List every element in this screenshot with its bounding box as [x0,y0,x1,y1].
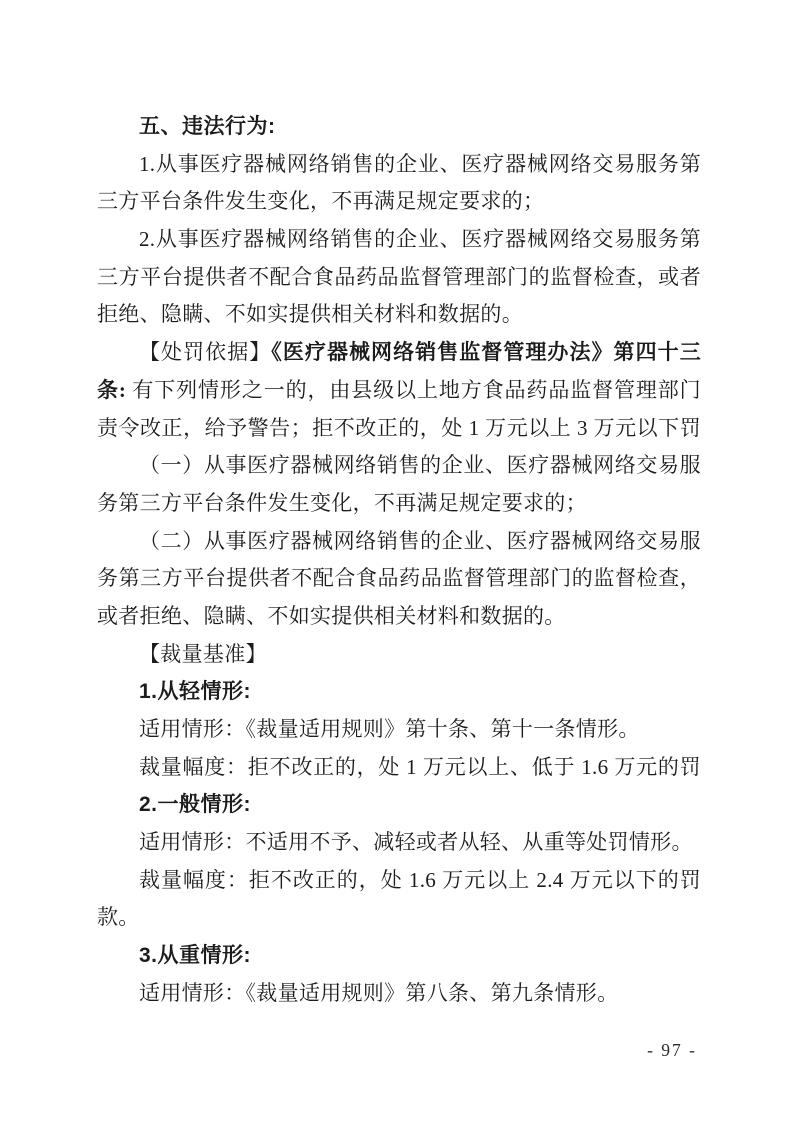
text-line: （二）从事医疗器械网络销售的企业、医疗器械网络交易服 [97,523,701,561]
page-number: - 97 - [647,1040,697,1061]
heading-run: 3.从重情形: [139,944,251,967]
text-run: 责令改正，给予警告；拒不改正的，处 1 万元以上 3 万元以下罚款: [97,416,701,448]
text-run: 三方平台条件发生变化，不再满足规定要求的； [97,189,544,213]
text-line: 或者拒绝、隐瞒、不如实提供相关材料和数据的。 [97,598,701,636]
text-line: 3.从重情形: [97,937,701,975]
text-run: 适用情形：不适用不予、减轻或者从轻、从重等处罚情形。 [139,830,693,854]
text-line: 务第三方平台条件发生变化，不再满足规定要求的； [97,485,701,523]
text-line: 适用情形：不适用不予、减轻或者从轻、从重等处罚情形。 [97,824,701,862]
heading-run: 五、违法行为: [139,115,276,138]
text-line: 2.一般情形: [97,786,701,824]
heading-run: 1.从轻情形: [139,680,251,703]
text-run: 三方平台提供者不配合食品药品监督管理部门的监督检查，或者 [97,265,701,289]
text-line: 三方平台条件发生变化，不再满足规定要求的； [97,183,701,221]
document-page: 五、违法行为:1.从事医疗器械网络销售的企业、医疗器械网络交易服务第三方平台条件… [0,0,793,1122]
document-body: 五、违法行为:1.从事医疗器械网络销售的企业、医疗器械网络交易服务第三方平台条件… [97,108,701,1013]
text-line: 责令改正，给予警告；拒不改正的，处 1 万元以上 3 万元以下罚款: [97,410,701,448]
text-line: 裁量幅度：拒不改正的，处 1.6 万元以上 2.4 万元以下的罚 [97,862,701,900]
text-line: 【裁量基准】 [97,636,701,674]
text-line: 1.从轻情形: [97,673,701,711]
text-run: 裁量幅度：拒不改正的，处 1 万元以上、低于 1.6 万元的罚款。 [97,755,701,787]
text-line: 适用情形：《裁量适用规则》第十条、第十一条情形。 [97,711,701,749]
text-run: 裁量幅度：拒不改正的，处 1.6 万元以上 2.4 万元以下的罚 [139,868,701,892]
text-run: 务第三方平台提供者不配合食品药品监督管理部门的监督检查， [97,566,701,590]
text-line: 条: 有下列情形之一的，由县级以上地方食品药品监督管理部门 [97,372,701,410]
text-run: 有下列情形之一的，由县级以上地方食品药品监督管理部门 [126,378,701,402]
text-run: 适用情形：《裁量适用规则》第八条、第九条情形。 [139,981,618,1005]
text-run: 拒绝、隐瞒、不如实提供相关材料和数据的。 [97,302,523,326]
heading-run: 2.一般情形: [139,793,251,816]
bold-run: 《医疗器械网络销售监督管理办法》第四十三 [271,340,701,364]
text-line: 【处罚依据】《医疗器械网络销售监督管理办法》第四十三 [97,334,701,372]
text-run: 务第三方平台条件发生变化，不再满足规定要求的； [97,491,587,515]
text-line: 三方平台提供者不配合食品药品监督管理部门的监督检查，或者 [97,259,701,297]
text-line: 适用情形：《裁量适用规则》第八条、第九条情形。 [97,975,701,1013]
text-line: 2.从事医疗器械网络销售的企业、医疗器械网络交易服务第 [97,221,701,259]
text-run: （一）从事医疗器械网络销售的企业、医疗器械网络交易服 [139,453,701,477]
text-run: 【处罚依据】 [139,340,271,364]
text-run: （二）从事医疗器械网络销售的企业、医疗器械网络交易服 [139,529,701,553]
text-line: 务第三方平台提供者不配合食品药品监督管理部门的监督检查， [97,560,701,598]
text-run: 或者拒绝、隐瞒、不如实提供相关材料和数据的。 [97,604,566,628]
text-run: 1.从事医疗器械网络销售的企业、医疗器械网络交易服务第 [139,152,701,176]
text-line: 款。 [97,899,701,937]
text-line: 裁量幅度：拒不改正的，处 1 万元以上、低于 1.6 万元的罚款。 [97,749,701,787]
text-line: 1.从事医疗器械网络销售的企业、医疗器械网络交易服务第 [97,146,701,184]
text-line: 拒绝、隐瞒、不如实提供相关材料和数据的。 [97,296,701,334]
text-line: （一）从事医疗器械网络销售的企业、医疗器械网络交易服 [97,447,701,485]
text-run: 款。 [97,905,140,929]
text-line: 五、违法行为: [97,108,701,146]
bold-run: 条: [97,378,126,402]
text-run: 2.从事医疗器械网络销售的企业、医疗器械网络交易服务第 [139,227,701,251]
text-run: 【裁量基准】 [139,642,267,666]
text-run: 适用情形：《裁量适用规则》第十条、第十一条情形。 [139,717,640,741]
